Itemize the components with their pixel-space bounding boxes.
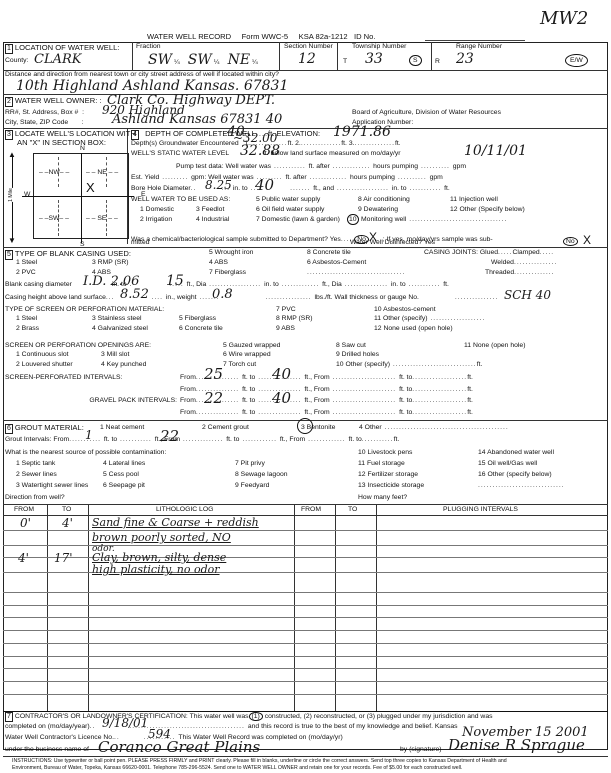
feet-label: How many feet? bbox=[358, 494, 407, 501]
direction-label: Direction from well? bbox=[5, 494, 65, 501]
gravel-intervals-label: GRAVEL PACK INTERVALS: bbox=[5, 397, 177, 404]
range-label: Range Number bbox=[456, 43, 502, 50]
township-field[interactable]: 33 bbox=[365, 51, 383, 67]
distance-field[interactable]: 10th Highland Ashland Kansas. 67831 bbox=[16, 78, 288, 94]
range-dir-circle[interactable]: E/W bbox=[565, 54, 588, 67]
contamination-label: What is the nearest source of possible c… bbox=[5, 449, 166, 456]
business-label: under the business name of bbox=[5, 746, 89, 753]
township-label: Township Number bbox=[352, 43, 406, 50]
location-mark[interactable]: X bbox=[86, 180, 95, 195]
section-number-field[interactable]: 12 bbox=[298, 51, 316, 67]
screen-intervals-label: SCREEN-PERFORATED INTERVALS: bbox=[5, 374, 122, 381]
screen-material-label: TYPE OF SCREEN OR PERFORATION MATERIAL: bbox=[5, 306, 164, 313]
county-label: County: bbox=[5, 57, 28, 64]
screen-from-field[interactable]: 25 bbox=[204, 365, 223, 383]
yield-row: Est. Yield ......... gpm: Well water was… bbox=[131, 174, 443, 181]
sample-row: Was a chemical/bacteriological sample su… bbox=[131, 230, 493, 244]
grout-to-field[interactable]: 22 bbox=[160, 427, 179, 445]
static-level-field[interactable]: 32.88 bbox=[240, 143, 280, 159]
address-label: RR#, St. Address, Box # : bbox=[5, 109, 84, 116]
gravel-from-field[interactable]: 22 bbox=[204, 389, 223, 407]
ksa-ref: KSA 82a-1212 bbox=[299, 32, 348, 41]
section2-label: 2WATER WELL OWNER: : bbox=[5, 96, 102, 107]
section7-row1: 7CONTRACTOR'S OR LANDOWNER'S CERTIFICATI… bbox=[5, 712, 493, 722]
city-label: City, State, ZIP Code : bbox=[5, 119, 83, 126]
section3-sublabel: AN "X" IN SECTION BOX: bbox=[17, 138, 106, 147]
arrow-down-icon: ▼ bbox=[8, 236, 16, 245]
openings-label: SCREEN OR PERFORATION OPENINGS ARE: bbox=[5, 342, 151, 349]
range-field[interactable]: 23 bbox=[456, 51, 474, 67]
city-field[interactable]: Ashland Kansas 67831 40 bbox=[112, 112, 282, 127]
blank-to-field[interactable]: 15 bbox=[166, 273, 184, 289]
instructions-line1: INSTRUCTIONS: Use typewriter or ball poi… bbox=[12, 758, 507, 764]
grout-from-field[interactable]: 1 bbox=[85, 428, 93, 442]
constructed-circle[interactable]: (1) bbox=[249, 712, 263, 721]
wall-thickness-field[interactable]: SCH 40 bbox=[504, 288, 551, 302]
casing-weight-field[interactable]: 0.8 bbox=[212, 287, 233, 302]
county-field[interactable]: CLARK bbox=[34, 52, 81, 67]
id-value[interactable]: MW2 bbox=[540, 8, 588, 29]
arrow-up-icon: ▲ bbox=[8, 150, 16, 159]
form-title: WATER WELL RECORD bbox=[147, 32, 231, 41]
board-label: Board of Agriculture, Division of Water … bbox=[352, 109, 501, 116]
mile-scale: 1 Mile bbox=[8, 188, 14, 202]
completed-date-field[interactable]: 9/18/01 bbox=[102, 716, 148, 730]
instructions-line2: Environment, Bureau of Water, Topeka, Ka… bbox=[12, 765, 462, 771]
casing-height-row: Casing height above land surface... ....… bbox=[5, 294, 498, 301]
bore-row: Bore Hole Diameter.. ... in. to ... ....… bbox=[131, 185, 450, 192]
gravel-to-field[interactable]: 40 bbox=[272, 389, 291, 407]
use-monitoring-circle[interactable]: 10 bbox=[347, 214, 359, 225]
form-header: WATER WELL RECORD Form WWC-5 KSA 82a-121… bbox=[147, 32, 376, 41]
fraction-field[interactable]: SW¼ SW¼ NE¼ bbox=[148, 52, 278, 68]
use-label: WELL WATER TO BE USED AS: bbox=[131, 196, 230, 203]
id-label: ID No. bbox=[354, 32, 376, 41]
elevation-field[interactable]: 1971.86 bbox=[333, 124, 391, 140]
pump-test-row: Pump test data: Well water was .........… bbox=[176, 163, 466, 170]
screen-to-field[interactable]: 40 bbox=[272, 365, 291, 383]
form-number: Form WWC-5 bbox=[242, 32, 288, 41]
grout-intervals-row: Grout Intervals: From........... ft. to … bbox=[5, 436, 399, 443]
fraction-label: Fraction bbox=[136, 43, 161, 50]
disinfected-no-circle[interactable]: No bbox=[563, 237, 578, 246]
business-field[interactable]: Coranco Great Plains bbox=[98, 738, 260, 756]
static-date-field[interactable]: 10/11/01 bbox=[464, 143, 527, 159]
bore-to-field[interactable]: 40 bbox=[255, 176, 274, 194]
disinfected-label: Water Well Disinfected? Yes bbox=[350, 239, 435, 246]
bore-diameter-field[interactable]: 8.25 bbox=[205, 178, 232, 192]
signature-field[interactable]: Denise R Sprague bbox=[448, 736, 585, 754]
township-dir-south[interactable]: S bbox=[409, 55, 422, 66]
section6-label: 6GROUT MATERIAL: bbox=[5, 423, 84, 434]
casing-height-field[interactable]: 8.52 bbox=[120, 287, 149, 302]
distance-label: Distance and direction from nearest town… bbox=[5, 71, 279, 78]
signature-label: by (signature) bbox=[400, 746, 442, 753]
section7-row2: completed on (mo/day/year)..............… bbox=[5, 723, 458, 730]
section-number-label: Section Number bbox=[284, 43, 333, 50]
